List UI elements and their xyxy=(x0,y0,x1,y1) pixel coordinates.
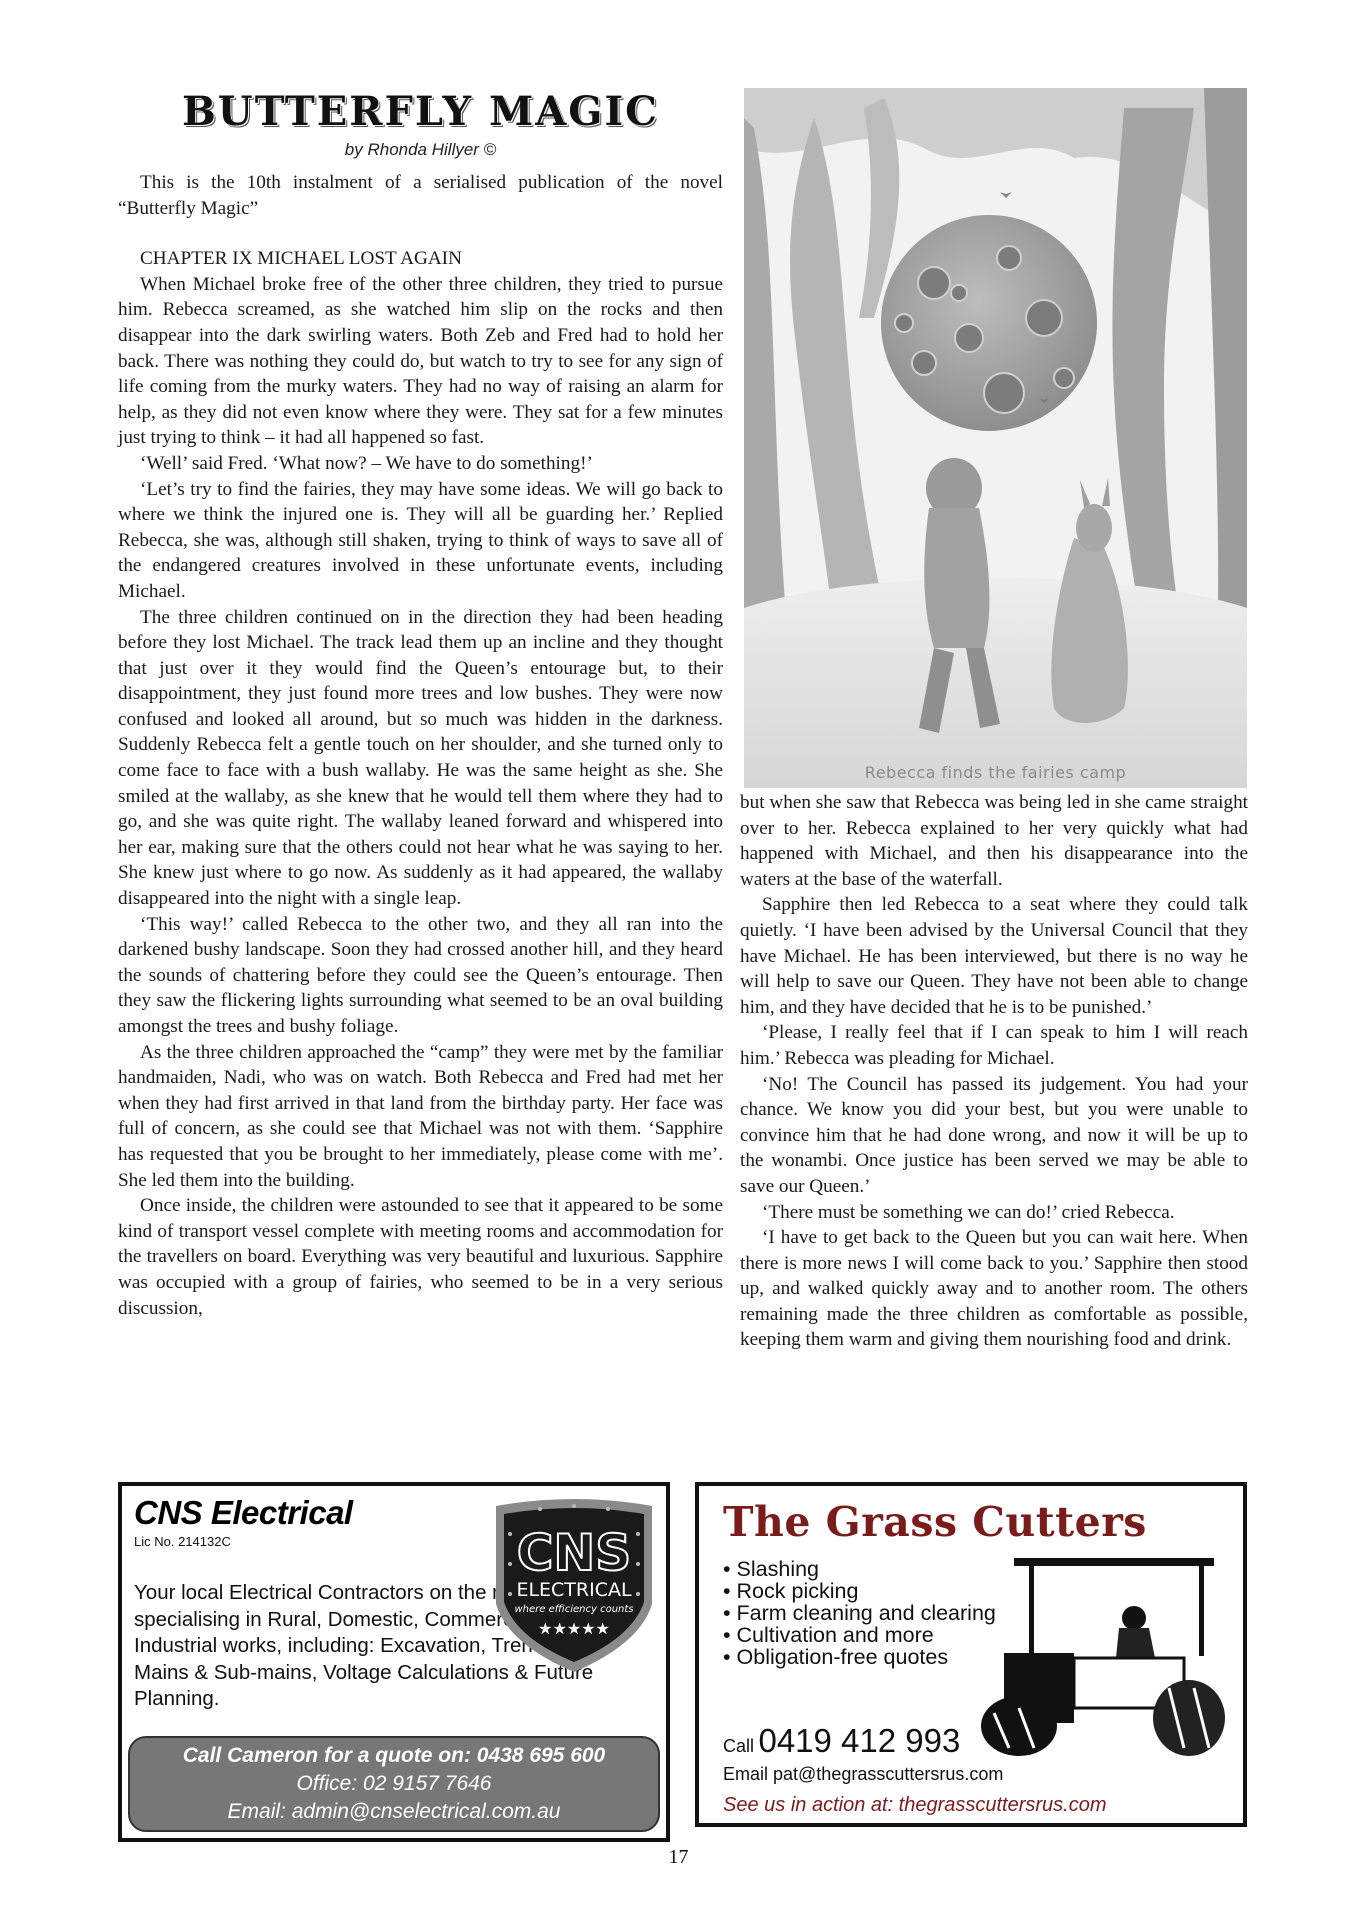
paragraph: Sapphire then led Rebecca to a seat wher… xyxy=(740,892,1248,1020)
service-item: Farm cleaning and clearing xyxy=(723,1602,996,1624)
cns-electrical-ad: CNS Electrical Lic No. 214132C Your loca… xyxy=(118,1482,670,1842)
paragraph: The three children continued on in the d… xyxy=(118,605,723,912)
grass-website[interactable]: See us in action at: thegrasscuttersrus.… xyxy=(723,1794,1107,1817)
paragraph: As the three children approached the “ca… xyxy=(118,1040,723,1194)
grass-phone[interactable]: 0419 412 993 xyxy=(758,1722,960,1759)
illustration-caption: Rebecca finds the fairies camp xyxy=(744,763,1247,782)
paragraph: ‘Well’ said Fred. ‘What now? – We have t… xyxy=(118,451,723,477)
article-body-left: This is the 10th instalment of a seriali… xyxy=(118,170,723,1321)
cns-email[interactable]: Email: admin@cnselectrical.com.au xyxy=(130,1798,658,1826)
paragraph: When Michael broke free of the other thr… xyxy=(118,272,723,451)
article-intro: This is the 10th instalment of a seriali… xyxy=(118,170,723,221)
svg-text:where efficiency counts: where efficiency counts xyxy=(514,1604,633,1615)
grass-cutters-name: The Grass Cutters xyxy=(723,1498,1147,1546)
article-illustration: Rebecca finds the fairies camp xyxy=(744,88,1247,788)
grass-cutters-ad: The Grass Cutters Slashing Rock picking … xyxy=(695,1482,1247,1827)
cns-contact-box: Call Cameron for a quote on: 0438 695 60… xyxy=(128,1736,660,1832)
article-right-column: but when she saw that Rebecca was being … xyxy=(740,790,1248,1353)
paragraph: but when she saw that Rebecca was being … xyxy=(740,790,1248,892)
grass-services-list: Slashing Rock picking Farm cleaning and … xyxy=(723,1558,996,1668)
cns-license-number: Lic No. 214132C xyxy=(134,1534,231,1549)
service-item: Obligation-free quotes xyxy=(723,1646,996,1668)
service-item: Slashing xyxy=(723,1558,996,1580)
cns-call-phone[interactable]: Call Cameron for a quote on: 0438 695 60… xyxy=(130,1742,658,1770)
pencil-sketch-moon-forest-icon xyxy=(744,88,1247,788)
paragraph: ‘This way!’ called Rebecca to the other … xyxy=(118,912,723,1040)
grass-email[interactable]: Email pat@thegrasscuttersrus.com xyxy=(723,1764,1003,1785)
svg-text:★★★★★: ★★★★★ xyxy=(538,1619,610,1638)
cns-office-phone[interactable]: Office: 02 9157 7646 xyxy=(130,1770,658,1798)
page-number: 17 xyxy=(0,1846,1357,1869)
paragraph: ‘No! The Council has passed its judgemen… xyxy=(740,1072,1248,1200)
article-left-column: BUTTERFLY MAGIC by Rhonda Hillyer © This… xyxy=(118,88,723,1321)
grass-call[interactable]: Call 0419 412 993 xyxy=(723,1722,960,1760)
svg-text:ELECTRICAL: ELECTRICAL xyxy=(516,1579,632,1601)
service-item: Cultivation and more xyxy=(723,1624,996,1646)
article-title: BUTTERFLY MAGIC xyxy=(118,88,723,136)
paragraph: ‘Let’s try to find the fairies, they may… xyxy=(118,477,723,605)
tractor-icon xyxy=(974,1548,1229,1758)
article-byline: by Rhonda Hillyer © xyxy=(118,140,723,160)
cns-company-name: CNS Electrical xyxy=(134,1494,353,1532)
newsletter-page: BUTTERFLY MAGIC by Rhonda Hillyer © This… xyxy=(0,0,1357,1920)
paragraph: ‘I have to get back to the Queen but you… xyxy=(740,1225,1248,1353)
call-label: Call xyxy=(723,1736,754,1756)
svg-text:CNS: CNS xyxy=(517,1524,632,1582)
paragraph: Once inside, the children were astounded… xyxy=(118,1193,723,1321)
paragraph: ‘Please, I really feel that if I can spe… xyxy=(740,1020,1248,1071)
cns-shield-logo-icon: CNS ELECTRICAL where efficiency counts ★… xyxy=(490,1494,658,1676)
service-item: Rock picking xyxy=(723,1580,996,1602)
chapter-heading: CHAPTER IX MICHAEL LOST AGAIN xyxy=(118,246,723,272)
paragraph: ‘There must be something we can do!’ cri… xyxy=(740,1200,1248,1226)
